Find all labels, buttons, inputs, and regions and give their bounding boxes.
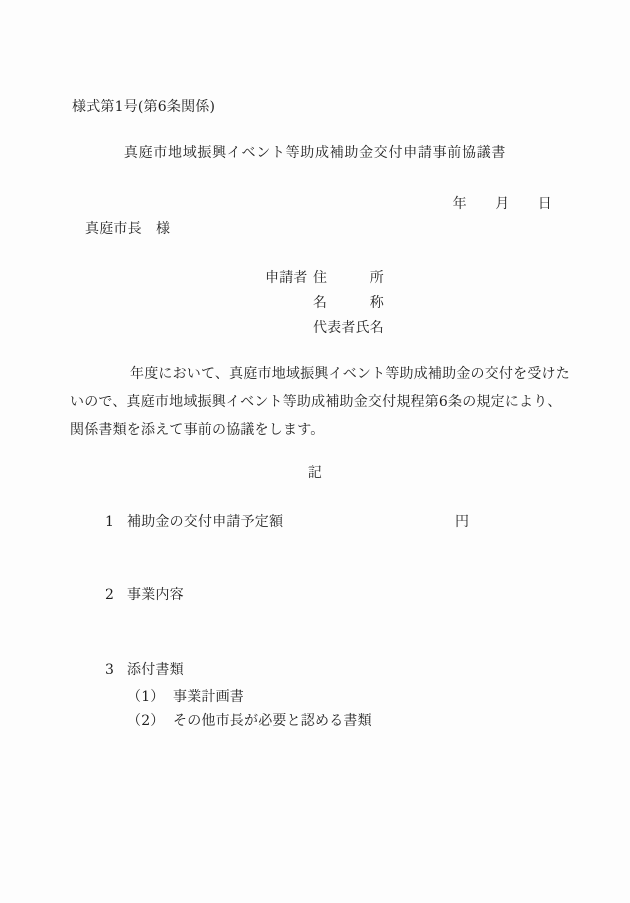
- item-1-amount-unit: 円: [455, 511, 469, 533]
- applicant-representative-label: 代表者氏名: [313, 317, 384, 339]
- addressee: 真庭市長 様: [85, 218, 170, 240]
- item-2-label: 事業内容: [127, 584, 184, 606]
- item-3-label: 添付書類: [127, 659, 184, 681]
- item-3-number: 3: [105, 659, 114, 681]
- subsidy-pre-consultation-form-page: 様式第1号(第6条関係) 真庭市地域振興イベント等助成補助金交付申請事前協議書 …: [0, 0, 630, 903]
- item-3-subitem-1-number: （1）: [127, 686, 165, 708]
- date-line: 年 月 日: [0, 193, 552, 215]
- item-3-subitem-2-label: その他市長が必要と認める書類: [173, 710, 372, 732]
- body-paragraph-line-1: 年度において、真庭市地域振興イベント等助成補助金の交付を受けた: [130, 363, 570, 385]
- item-1-label: 補助金の交付申請予定額: [127, 511, 283, 533]
- form-number: 様式第1号(第6条関係): [72, 96, 215, 118]
- item-3-subitem-1-label: 事業計画書: [173, 686, 244, 708]
- item-2-number: 2: [105, 584, 114, 606]
- body-paragraph-line-3: 関係書類を添えて事前の協議をします。: [70, 419, 324, 441]
- applicant-name-label: 名 称: [313, 292, 384, 314]
- applicant-label: 申請者: [265, 267, 308, 289]
- item-1-number: 1: [105, 511, 114, 533]
- applicant-address-label: 住 所: [313, 267, 384, 289]
- document-title: 真庭市地域振興イベント等助成補助金交付申請事前協議書: [0, 142, 630, 164]
- body-paragraph-line-2: いので、真庭市地域振興イベント等助成補助金交付規程第6条の規定により、: [70, 391, 562, 413]
- item-3-subitem-2-number: （2）: [127, 710, 165, 732]
- list-marker: 記: [0, 462, 630, 484]
